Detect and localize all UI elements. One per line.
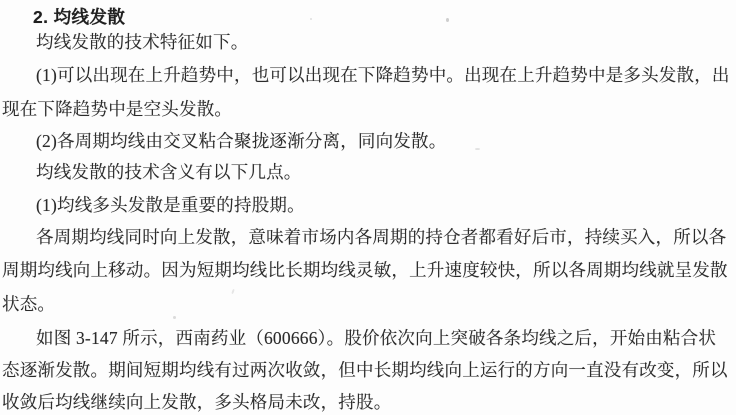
text-line: 各周期均线同时向上发散，意味着市场内各周期的持仓者都看好后市，持续买入，所以各 xyxy=(36,228,726,247)
text-line: 均线发散的技术含义有以下几点。 xyxy=(36,163,302,182)
text-line: 态逐渐发散。期间短期均线有过两次收敛，但中长期均线向上运行的方向一直没有改变，所… xyxy=(2,361,728,380)
text-line: (2)各周期均线由交叉粘合聚拢逐渐分离，同向发散。 xyxy=(36,132,446,151)
text-line: (1)均线多头发散是重要的持股期。 xyxy=(36,196,305,215)
scan-speck xyxy=(173,316,176,319)
scan-speck xyxy=(231,289,235,294)
scan-speck xyxy=(446,18,449,22)
scan-speck xyxy=(475,148,480,150)
text-line: 收敛后均线继续向上发散，多头格局未改，持股。 xyxy=(2,393,391,412)
section-heading: 2. 均线发散 xyxy=(33,8,125,27)
text-line: 如图 3-147 所示，西南药业（600666）。股价依次向上突破各条均线之后，… xyxy=(36,329,716,348)
text-line: 现在下降趋势中是空头发散。 xyxy=(2,100,232,119)
text-line: (1)可以出现在上升趋势中，也可以出现在下降趋势中。出现在上升趋势中是多头发散，… xyxy=(36,66,730,85)
scan-speck xyxy=(310,18,312,20)
text-line: 周期均线向上移动。因为短期均线比长期均线灵敏，上升速度较快，所以各周期均线就呈发… xyxy=(2,261,728,280)
document-page: 2. 均线发散 均线发散的技术特征如下。 (1)可以出现在上升趋势中，也可以出现… xyxy=(0,0,736,415)
text-line: 状态。 xyxy=(2,295,55,314)
text-line: 均线发散的技术特征如下。 xyxy=(36,33,248,52)
